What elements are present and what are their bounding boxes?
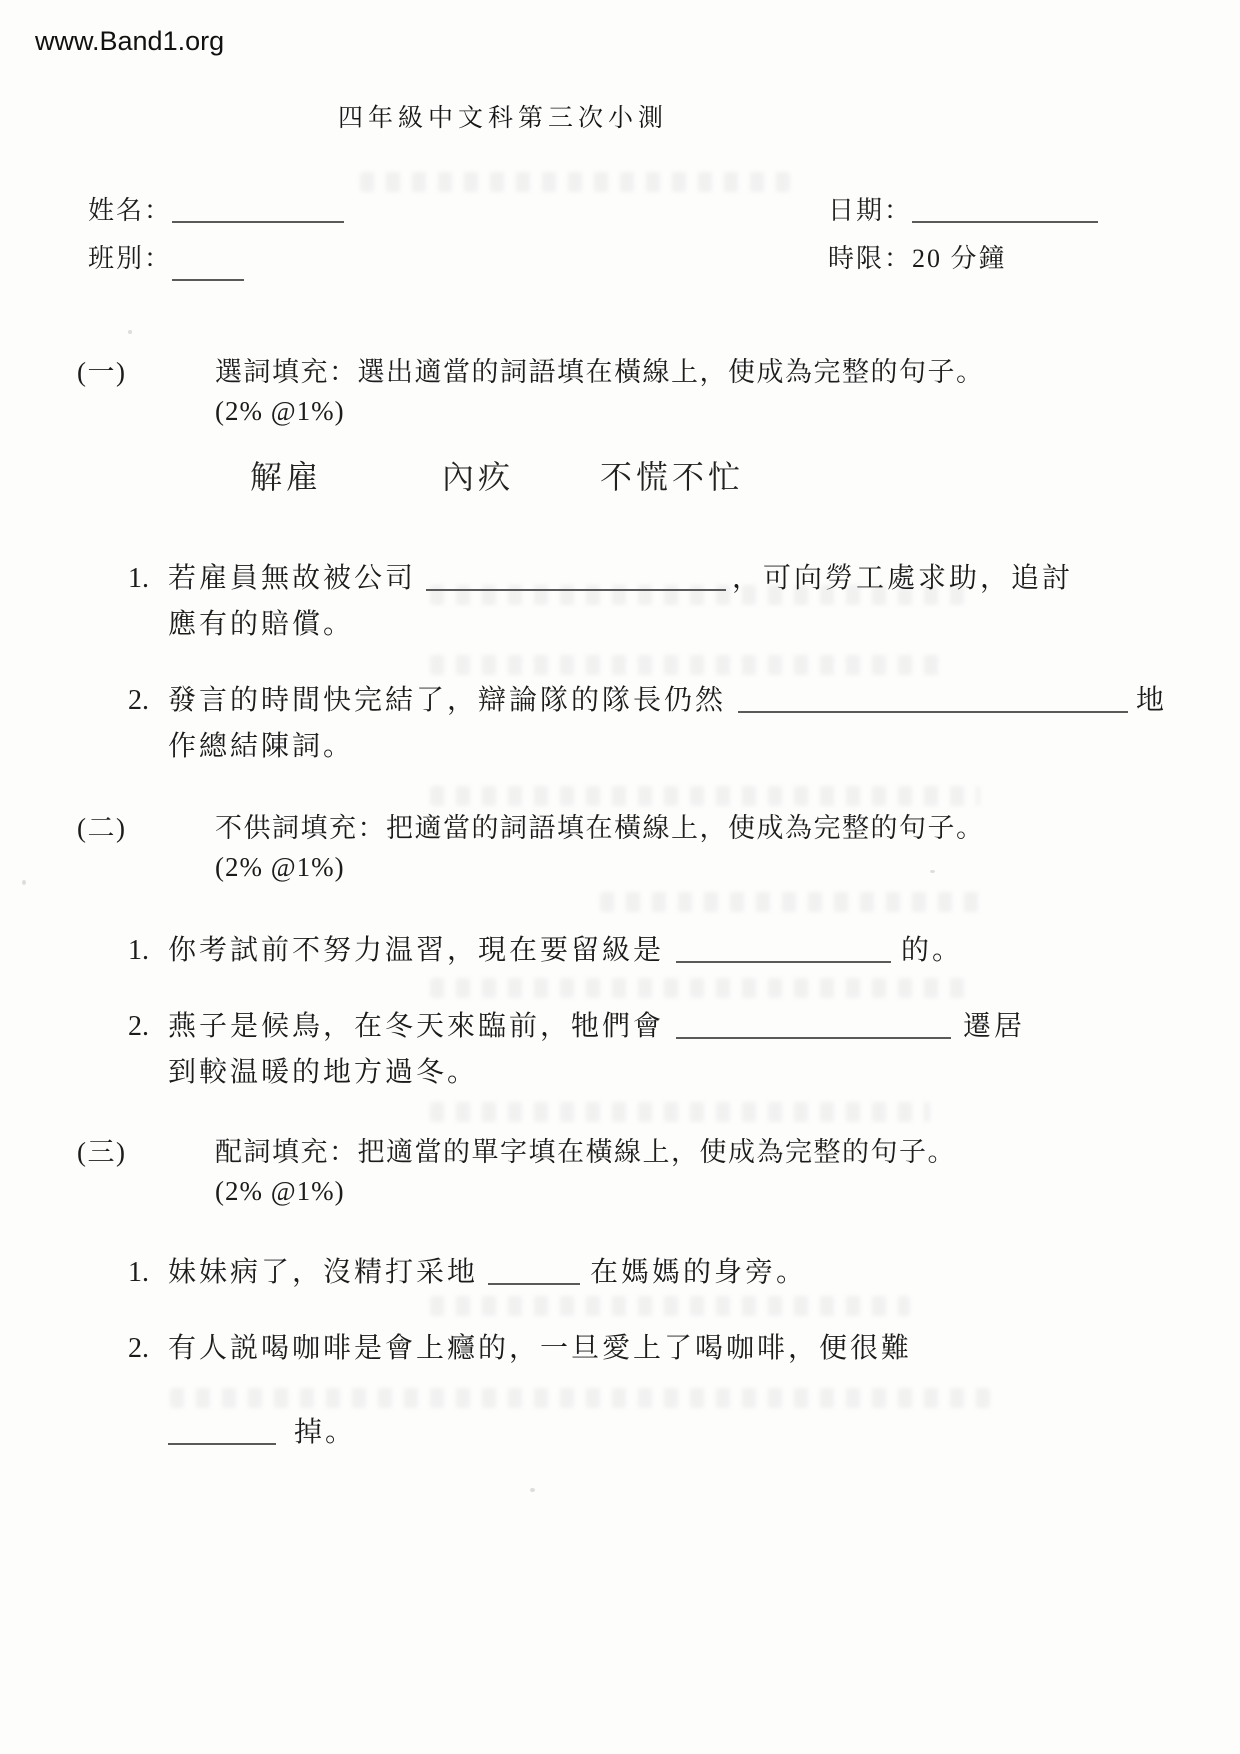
question-text: 到較温暖的地方過冬。: [168, 1057, 478, 1088]
date-field: 日期：: [828, 190, 1098, 227]
section-3-instruction: 配詞填充：把適當的單字填在橫線上，使成為完整的句子。: [215, 1130, 1077, 1169]
time-limit-value: 20 分鐘: [912, 244, 1007, 273]
question-line: 1.若雇員無故被公司，可向勞工處求助，追討: [128, 556, 1073, 596]
question-number: 1.: [128, 563, 168, 595]
word-bank: 解雇 內疚 不慌不忙: [250, 452, 744, 498]
page-title: 四年級中文科第三次小測: [338, 98, 668, 134]
name-field-line: [172, 195, 344, 223]
question-text: 掉。: [294, 1417, 356, 1448]
question-line: 應有的賠償。: [168, 602, 354, 642]
question-text: 作總結陳詞。: [168, 731, 354, 762]
scanned-test-paper: www.Band1.org 四年級中文科第三次小測 姓名： 班別： 日期： 時限…: [0, 0, 1240, 1754]
section-1-instruction: 選詞填充：選出適當的詞語填在橫線上，使成為完整的句子。: [215, 350, 1077, 389]
class-label: 班別：: [88, 244, 172, 273]
question-line: 2.發言的時間快完結了，辯論隊的隊長仍然地: [128, 678, 1167, 718]
section-1-header: (一) 選詞填充：選出適當的詞語填在橫線上，使成為完整的句子。: [77, 350, 1077, 389]
question-text: 地: [1136, 685, 1167, 716]
answer-blank: [676, 1011, 951, 1039]
section-2-instruction: 不供詞填充：把適當的詞語填在橫線上，使成為完整的句子。: [215, 806, 1077, 845]
date-label: 日期：: [828, 196, 912, 225]
question-number: 2.: [128, 685, 168, 717]
section-3-number: (三): [77, 1130, 215, 1169]
section-2-marks: (2% @1%): [215, 852, 345, 883]
date-field-line: [912, 195, 1098, 223]
word-bank-item: 解雇: [250, 452, 322, 498]
question-text: 的。: [901, 935, 963, 966]
answer-blank: [676, 935, 891, 963]
scan-speck: [22, 880, 26, 885]
question-line: 2.有人説喝咖啡是會上癮的，一旦愛上了喝咖啡，便很難: [128, 1326, 912, 1366]
question-line: 作總結陳詞。: [168, 724, 354, 764]
answer-blank: [426, 563, 726, 591]
scan-speck: [128, 330, 132, 334]
bleed-through-artifact: [430, 978, 970, 998]
question-text: 若雇員無故被公司: [168, 563, 416, 594]
question-number: 2.: [128, 1333, 168, 1365]
section-1-marks: (2% @1%): [215, 396, 345, 427]
word-bank-item: 不慌不忙: [600, 452, 744, 498]
question-number: 1.: [128, 1257, 168, 1289]
question-line: 掉。: [168, 1410, 356, 1450]
section-3-marks: (2% @1%): [215, 1176, 345, 1207]
bleed-through-artifact: [430, 786, 980, 806]
bleed-through-artifact: [430, 655, 950, 675]
bleed-through-artifact: [430, 1296, 910, 1316]
question-number: 1.: [128, 935, 168, 967]
bleed-through-artifact: [170, 1388, 990, 1408]
question-text: 有人説喝咖啡是會上癮的，一旦愛上了喝咖啡，便很難: [168, 1333, 912, 1364]
scan-speck: [930, 870, 935, 873]
name-label: 姓名：: [88, 196, 172, 225]
section-3-header: (三) 配詞填充：把適當的單字填在橫線上，使成為完整的句子。: [77, 1130, 1077, 1169]
question-line: 到較温暖的地方過冬。: [168, 1050, 478, 1090]
bleed-through-artifact: [600, 892, 980, 912]
question-line: 2.燕子是候鳥，在冬天來臨前，牠們會遷居: [128, 1004, 1025, 1044]
time-limit-field: 時限：20 分鐘: [828, 238, 1007, 275]
question-text: 應有的賠償。: [168, 609, 354, 640]
question-number: 2.: [128, 1011, 168, 1043]
answer-blank: [168, 1417, 276, 1445]
question-text: 發言的時間快完結了，辯論隊的隊長仍然: [168, 685, 726, 716]
section-1-number: (一): [77, 350, 215, 389]
class-field: 班別：: [88, 238, 244, 281]
question-text: ，可向勞工處求助，追討: [732, 563, 1073, 594]
name-field: 姓名：: [88, 190, 344, 227]
class-field-line: [172, 253, 244, 281]
question-text: 燕子是候鳥，在冬天來臨前，牠們會: [168, 1011, 664, 1042]
section-2-header: (二) 不供詞填充：把適當的詞語填在橫線上，使成為完整的句子。: [77, 806, 1077, 845]
question-line: 1.你考試前不努力温習，現在要留級是的。: [128, 928, 963, 968]
question-text: 在媽媽的身旁。: [590, 1257, 807, 1288]
question-line: 1.妹妹病了，沒精打采地在媽媽的身旁。: [128, 1250, 807, 1290]
watermark-url: www.Band1.org: [35, 26, 224, 57]
time-limit-label: 時限：: [828, 244, 912, 273]
section-2-number: (二): [77, 806, 215, 845]
scan-speck: [530, 1488, 535, 1492]
question-text: 你考試前不努力温習，現在要留級是: [168, 935, 664, 966]
question-text: 妹妹病了，沒精打采地: [168, 1257, 478, 1288]
bleed-through-artifact: [360, 172, 790, 192]
answer-blank: [488, 1257, 580, 1285]
bleed-through-artifact: [430, 1102, 930, 1122]
question-text: 遷居: [963, 1011, 1025, 1042]
answer-blank: [738, 685, 1128, 713]
word-bank-item: 內疚: [442, 452, 514, 498]
